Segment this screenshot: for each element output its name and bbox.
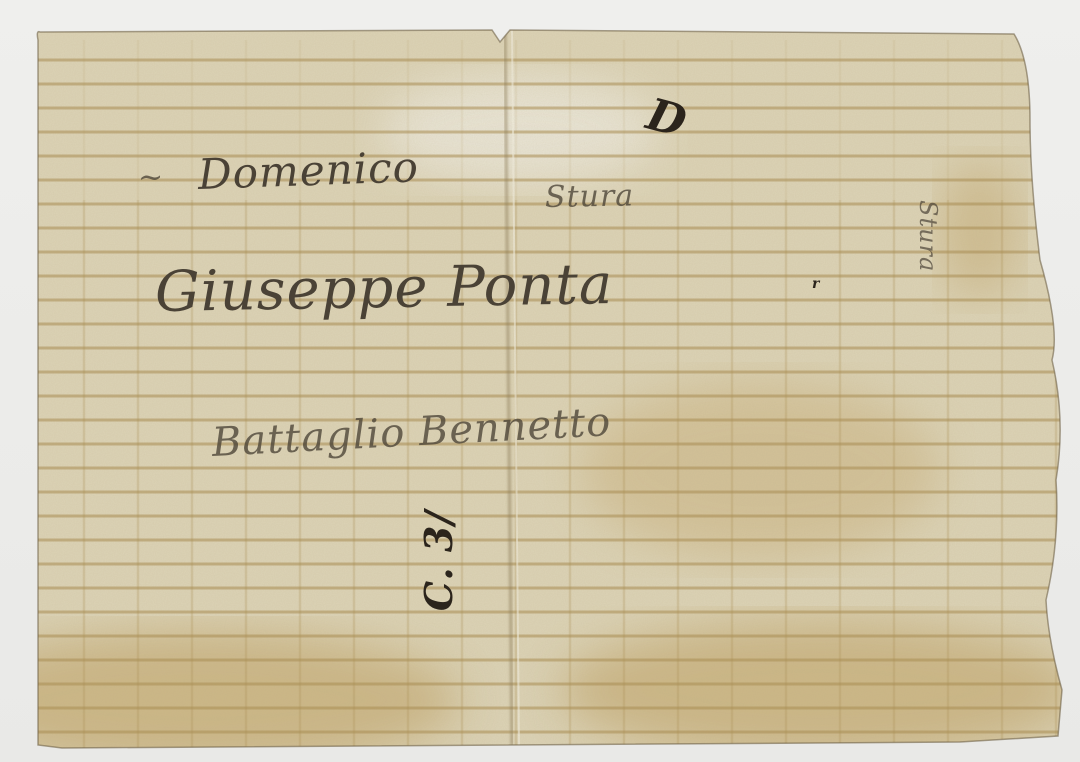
document-photo: ~ Domenico Stura D Giuseppe Ponta Battag… [0, 0, 1080, 762]
ink-flourish: ~ [138, 160, 164, 195]
aged-paper-sheet [0, 0, 1080, 762]
handwriting-recipient-name: Giuseppe Ponta [154, 252, 613, 325]
handwriting-first-name: Domenico [197, 142, 420, 199]
handwriting-small-mark: r [812, 276, 820, 292]
handwriting-bottom-mark: C. 3/ [416, 510, 461, 611]
handwriting-edge-note: Stura [914, 200, 942, 272]
handwriting-surname: Stura [545, 178, 635, 215]
